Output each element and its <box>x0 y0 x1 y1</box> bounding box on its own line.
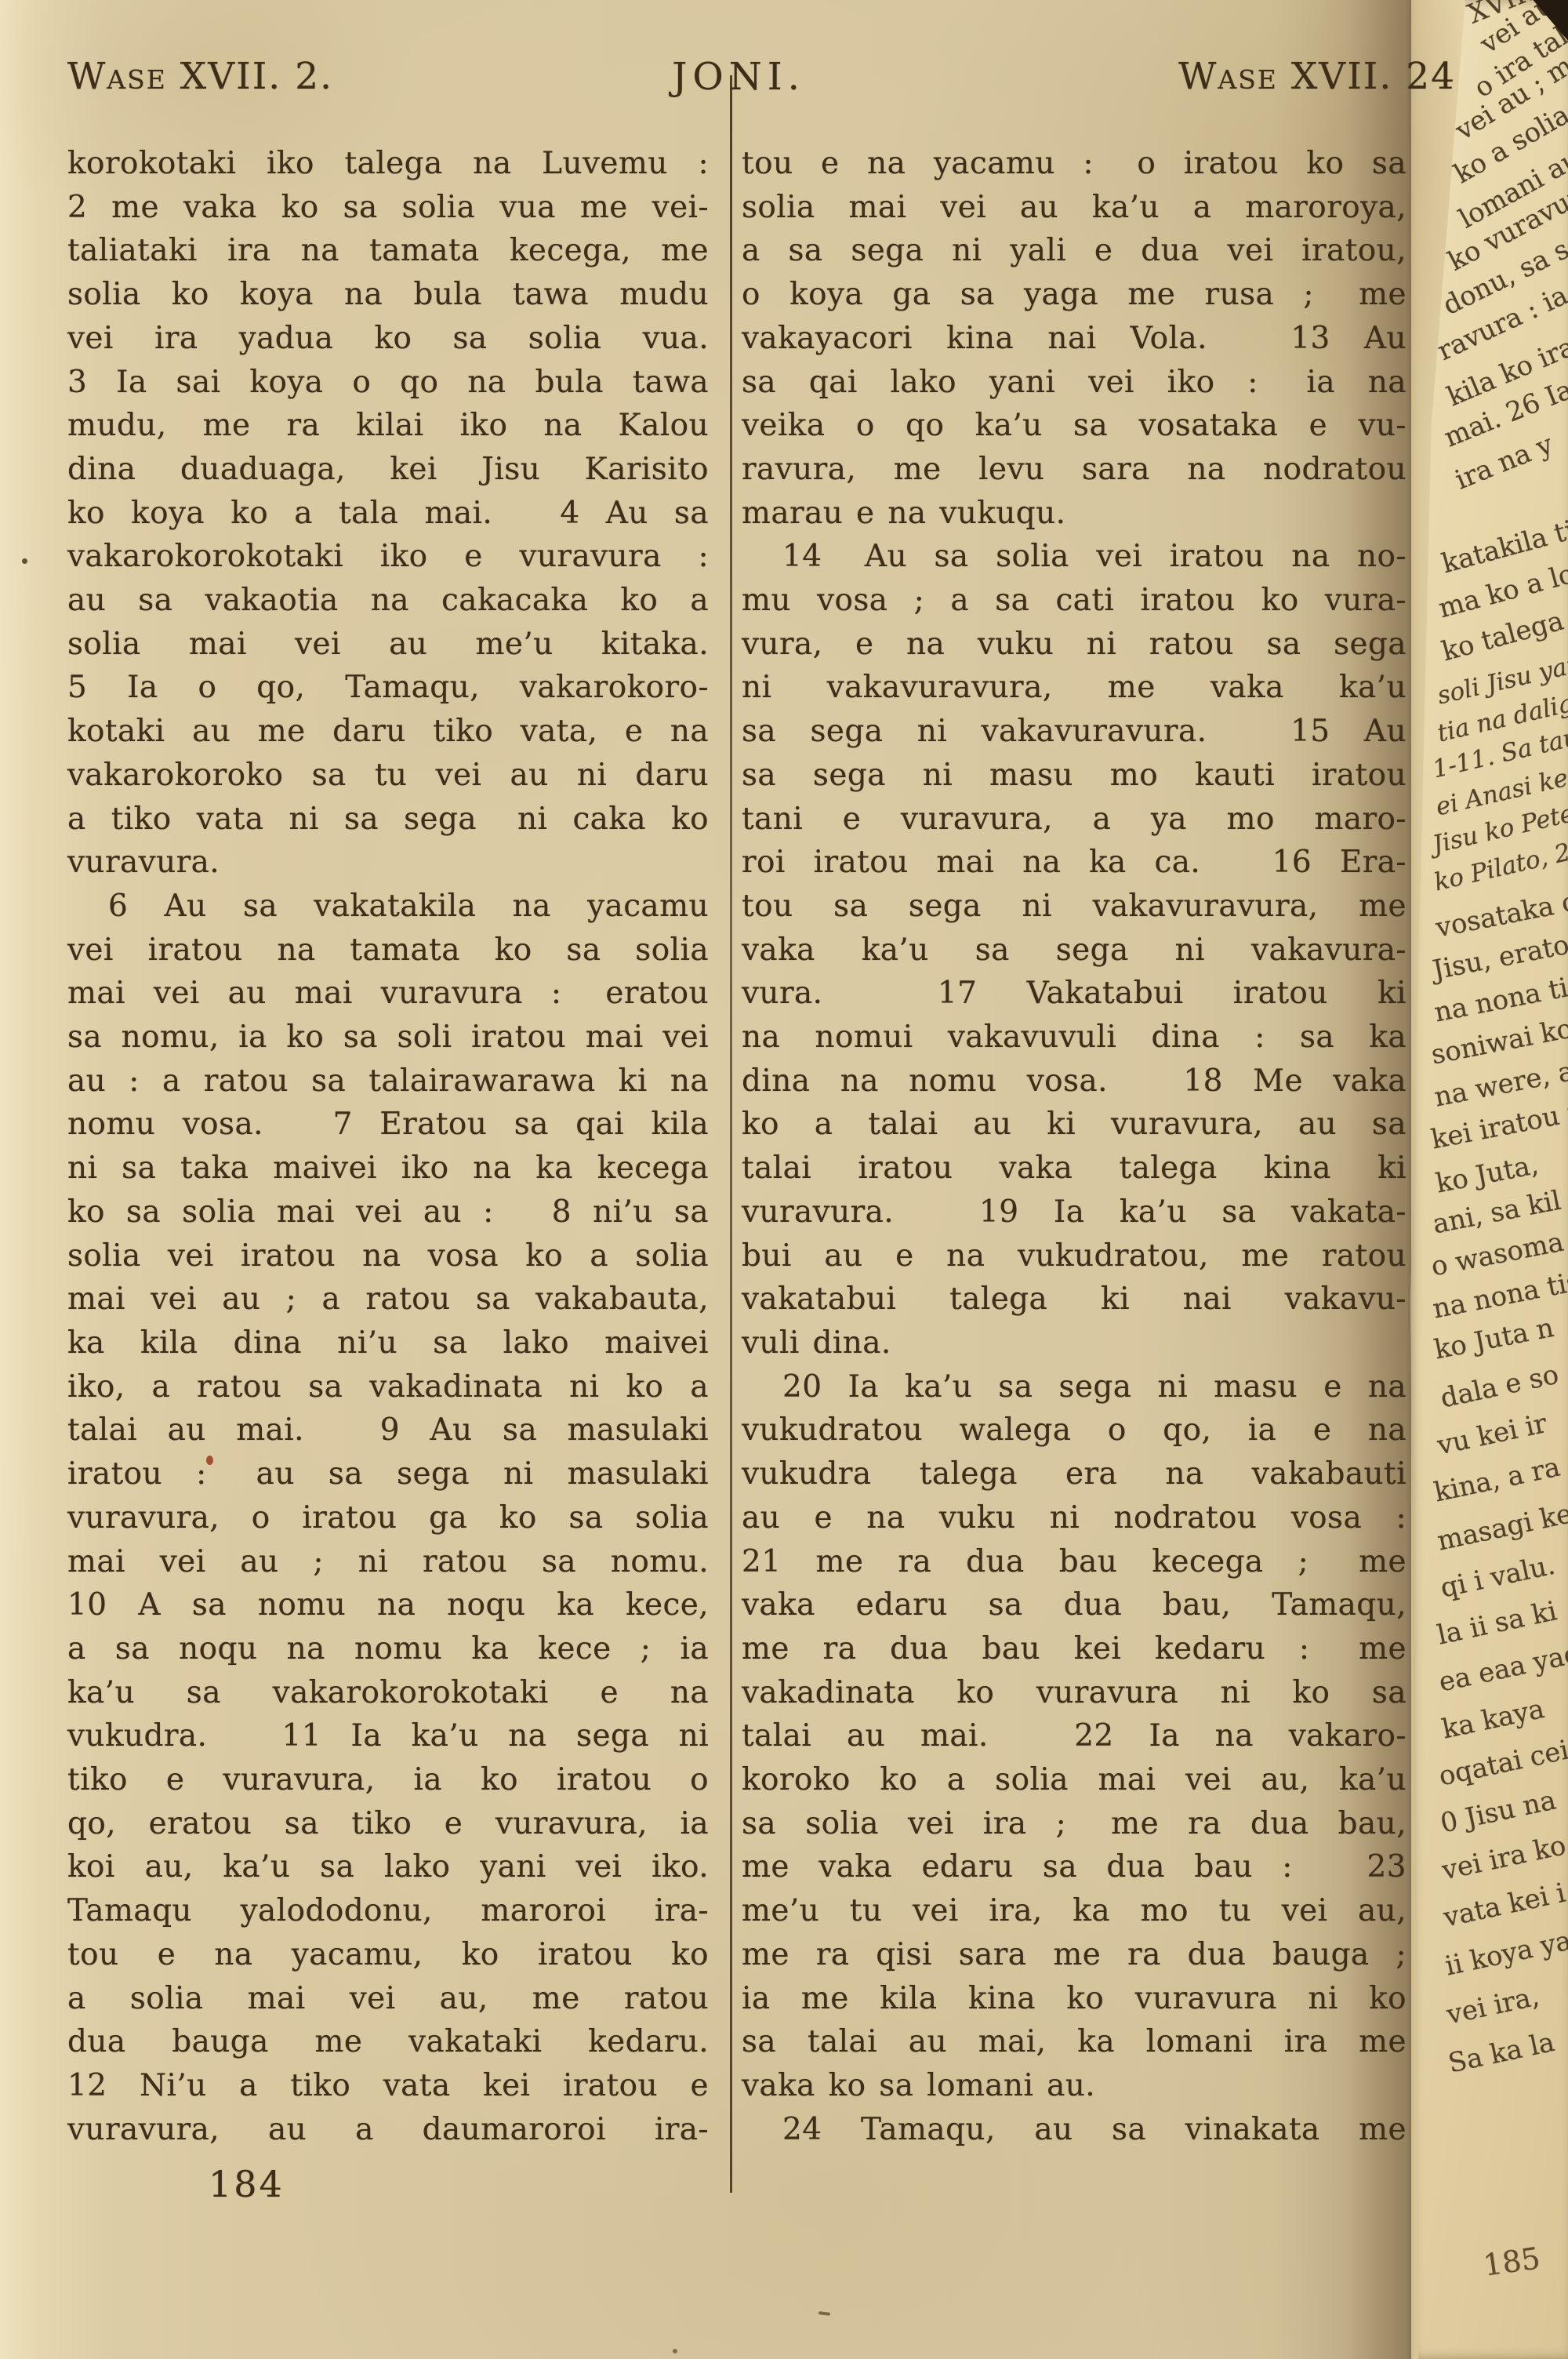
text-line: 12 Ni’u a tiko vata kei iratou e <box>67 2064 709 2108</box>
paper-speck <box>22 558 27 564</box>
text-line: ko a talai au ki vuravura, au sa <box>742 1103 1406 1147</box>
text-line: qo, eratou sa tiko e vuravura, ia <box>67 1802 709 1846</box>
text-line: 10 A sa nomu na noqu ka kece, <box>67 1583 709 1627</box>
text-line: ko sa solia mai vei au : 8 ni’u sa <box>67 1190 709 1234</box>
text-line: taliataki ira na tamata kecega, me <box>67 229 709 273</box>
paper-speck <box>673 2349 677 2354</box>
text-line: a solia mai vei au, me ratou <box>67 1977 709 2021</box>
text-line: tou e na yacamu, ko iratou ko <box>67 1933 709 1977</box>
text-line: talai au mai. 22 Ia na vakaro- <box>742 1714 1406 1758</box>
text-line: koroko ko a solia mai vei au, ka’u <box>742 1758 1406 1802</box>
paper-speck <box>818 2311 830 2316</box>
text-line: au : a ratou sa talairawarawa ki na <box>67 1060 709 1103</box>
text-line: vakarokoroko sa tu vei au ni daru <box>67 754 709 798</box>
text-line: 20 Ia ka’u sa sega ni masu e na <box>742 1365 1406 1409</box>
text-line: dua bauga me vakataki kedaru. <box>67 2020 709 2064</box>
text-line: me’u tu vei ira, ka mo tu vei au, <box>742 1889 1406 1933</box>
left-text-column: korokotaki iko talega na Luvemu :2 me va… <box>67 142 709 2151</box>
text-line: 3 Ia sai koya o qo na bula tawa <box>67 361 709 405</box>
text-line: iratou : au sa sega ni masulaki <box>67 1452 709 1496</box>
text-line: 14 Au sa solia vei iratou na no- <box>742 535 1406 579</box>
text-line: solia vei iratou na vosa ko a solia <box>67 1234 709 1278</box>
text-line: ka’u sa vakarokorokotaki e na <box>67 1671 709 1715</box>
text-line: nomu vosa. 7 Eratou sa qai kila <box>67 1103 709 1147</box>
right-text-column: tou e na yacamu : o iratou ko sasolia ma… <box>742 142 1406 2151</box>
text-line: sa qai lako yani vei iko : ia na <box>742 361 1406 405</box>
text-line: vukudratou walega o qo, ia e na <box>742 1408 1406 1452</box>
text-line: vukudra. 11 Ia ka’u na sega ni <box>67 1714 709 1758</box>
text-line: tiko e vuravura, ia ko iratou o <box>67 1758 709 1802</box>
text-line: vakarokorokotaki iko e vuravura : <box>67 535 709 579</box>
text-line: vaka ko sa lomani au. <box>742 2064 1406 2108</box>
text-line: ravura, me levu sara na nodratou <box>742 448 1406 492</box>
text-line: ni sa taka maivei iko na ka kecega <box>67 1147 709 1190</box>
running-head-title: JONI. <box>672 55 805 99</box>
text-line: sa sega ni vakavuravura. 15 Au <box>742 710 1406 754</box>
text-line: ni vakavuravura, me vaka ka’u <box>742 666 1406 710</box>
text-line: vakadinata ko vuravura ni ko sa <box>742 1671 1406 1715</box>
text-line: au e na vuku ni nodratou vosa : <box>742 1496 1406 1540</box>
paper-speck <box>206 1456 213 1465</box>
text-line: sa nomu, ia ko sa soli iratou mai vei <box>67 1016 709 1060</box>
text-line: vuli dina. <box>742 1321 1406 1365</box>
text-line: vuravura, o iratou ga ko sa solia <box>67 1496 709 1540</box>
text-line: sa sega ni masu mo kauti iratou <box>742 754 1406 798</box>
text-line: tani e vuravura, a ya mo maro- <box>742 798 1406 841</box>
text-line: vakatabui talega ki nai vakavu- <box>742 1278 1406 1321</box>
text-line: marau e na vukuqu. <box>742 492 1406 536</box>
text-line: me ra dua bau kei kedaru : me <box>742 1627 1406 1671</box>
text-line: a sa noqu na nomu ka kece ; ia <box>67 1627 709 1671</box>
text-line: solia mai vei au me’u kitaka. <box>67 623 709 667</box>
column-divider-rule <box>730 75 732 2193</box>
text-line: bui au e na vukudratou, me ratou <box>742 1234 1406 1278</box>
text-line: vukudra talega era na vakabauti <box>742 1452 1406 1496</box>
text-line: tou sa sega ni vakavuravura, me <box>742 885 1406 929</box>
text-line: o koya ga sa yaga me rusa ; me <box>742 273 1406 317</box>
text-line: vei iratou na tamata ko sa solia <box>67 929 709 972</box>
text-line: dina duaduaga, kei Jisu Karisito <box>67 448 709 492</box>
text-line: koi au, ka’u sa lako yani vei iko. <box>67 1845 709 1889</box>
text-line: solia ko koya na bula tawa mudu <box>67 273 709 317</box>
text-line: vura. 17 Vakatabui iratou ki <box>742 972 1406 1016</box>
text-line: 5 Ia o qo, Tamaqu, vakarokoro- <box>67 666 709 710</box>
text-line: me vaka edaru sa dua bau : 23 <box>742 1845 1406 1889</box>
text-line: ka kila dina ni’u sa lako maivei <box>67 1321 709 1365</box>
text-line: vaka ka’u sa sega ni vakavura- <box>742 929 1406 972</box>
text-line: 2 me vaka ko sa solia vua me vei- <box>67 186 709 230</box>
text-line: 6 Au sa vakatakila na yacamu <box>67 885 709 929</box>
text-line: mudu, me ra kilai iko na Kalou <box>67 404 709 448</box>
text-line: dina na nomu vosa. 18 Me vaka <box>742 1060 1406 1103</box>
text-line: sa talai au mai, ka lomani ira me <box>742 2020 1406 2064</box>
text-line: mai vei au mai vuravura : eratou <box>67 972 709 1016</box>
text-line: na nomui vakavuvuli dina : sa ka <box>742 1016 1406 1060</box>
text-line: solia mai vei au ka’u a maroroya, <box>742 186 1406 230</box>
text-line: mai vei au ; ni ratou sa nomu. <box>67 1540 709 1584</box>
text-line: roi iratou mai na ka ca. 16 Era- <box>742 841 1406 885</box>
text-line: au sa vakaotia na cakacaka ko a <box>67 579 709 623</box>
text-line: me ra qisi sara me ra dua bauga ; <box>742 1933 1406 1977</box>
page-number: 184 <box>209 2163 285 2205</box>
text-line: vei ira yadua ko sa solia vua. <box>67 317 709 361</box>
text-line: a tiko vata ni sa sega ni caka ko <box>67 798 709 841</box>
text-line: tou e na yacamu : o iratou ko sa <box>742 142 1406 186</box>
text-line: vuravura. 19 Ia ka’u sa vakata- <box>742 1190 1406 1234</box>
text-line: talai au mai. 9 Au sa masulaki <box>67 1408 709 1452</box>
text-line: vuravura. <box>67 841 709 885</box>
text-line: Tamaqu yalododonu, maroroi ira- <box>67 1889 709 1933</box>
text-line: vuravura, au a daumaroroi ira- <box>67 2108 709 2152</box>
text-line: ko koya ko a tala mai. 4 Au sa <box>67 492 709 536</box>
text-line: ia me kila kina ko vuravura ni ko <box>742 1977 1406 2021</box>
text-line: talai iratou vaka talega kina ki <box>742 1147 1406 1190</box>
text-line: veika o qo ka’u sa vosataka e vu- <box>742 404 1406 448</box>
text-line: vaka edaru sa dua bau, Tamaqu, <box>742 1583 1406 1627</box>
running-head-right: Wase XVII. 24. <box>1178 55 1469 98</box>
text-line: vura, e na vuku ni ratou sa sega <box>742 623 1406 667</box>
text-line: korokotaki iko talega na Luvemu : <box>67 142 709 186</box>
text-line: iko, a ratou sa vakadinata ni ko a <box>67 1365 709 1409</box>
book-page-photo: Wase XVII. 2. JONI. Wase XVII. 24. korok… <box>0 0 1568 2359</box>
text-line: a sa sega ni yali e dua vei iratou, <box>742 229 1406 273</box>
text-line: 24 Tamaqu, au sa vinakata me <box>742 2108 1406 2152</box>
text-line: mu vosa ; a sa cati iratou ko vura- <box>742 579 1406 623</box>
text-line: 21 me ra dua bau kecega ; me <box>742 1540 1406 1584</box>
text-line: vakayacori kina nai Vola. 13 Au <box>742 317 1406 361</box>
running-head-left: Wase XVII. 2. <box>67 55 333 98</box>
text-line: sa solia vei ira ; me ra dua bau, <box>742 1802 1406 1846</box>
text-line: kotaki au me daru tiko vata, e na <box>67 710 709 754</box>
text-line: mai vei au ; a ratou sa vakabauta, <box>67 1278 709 1321</box>
